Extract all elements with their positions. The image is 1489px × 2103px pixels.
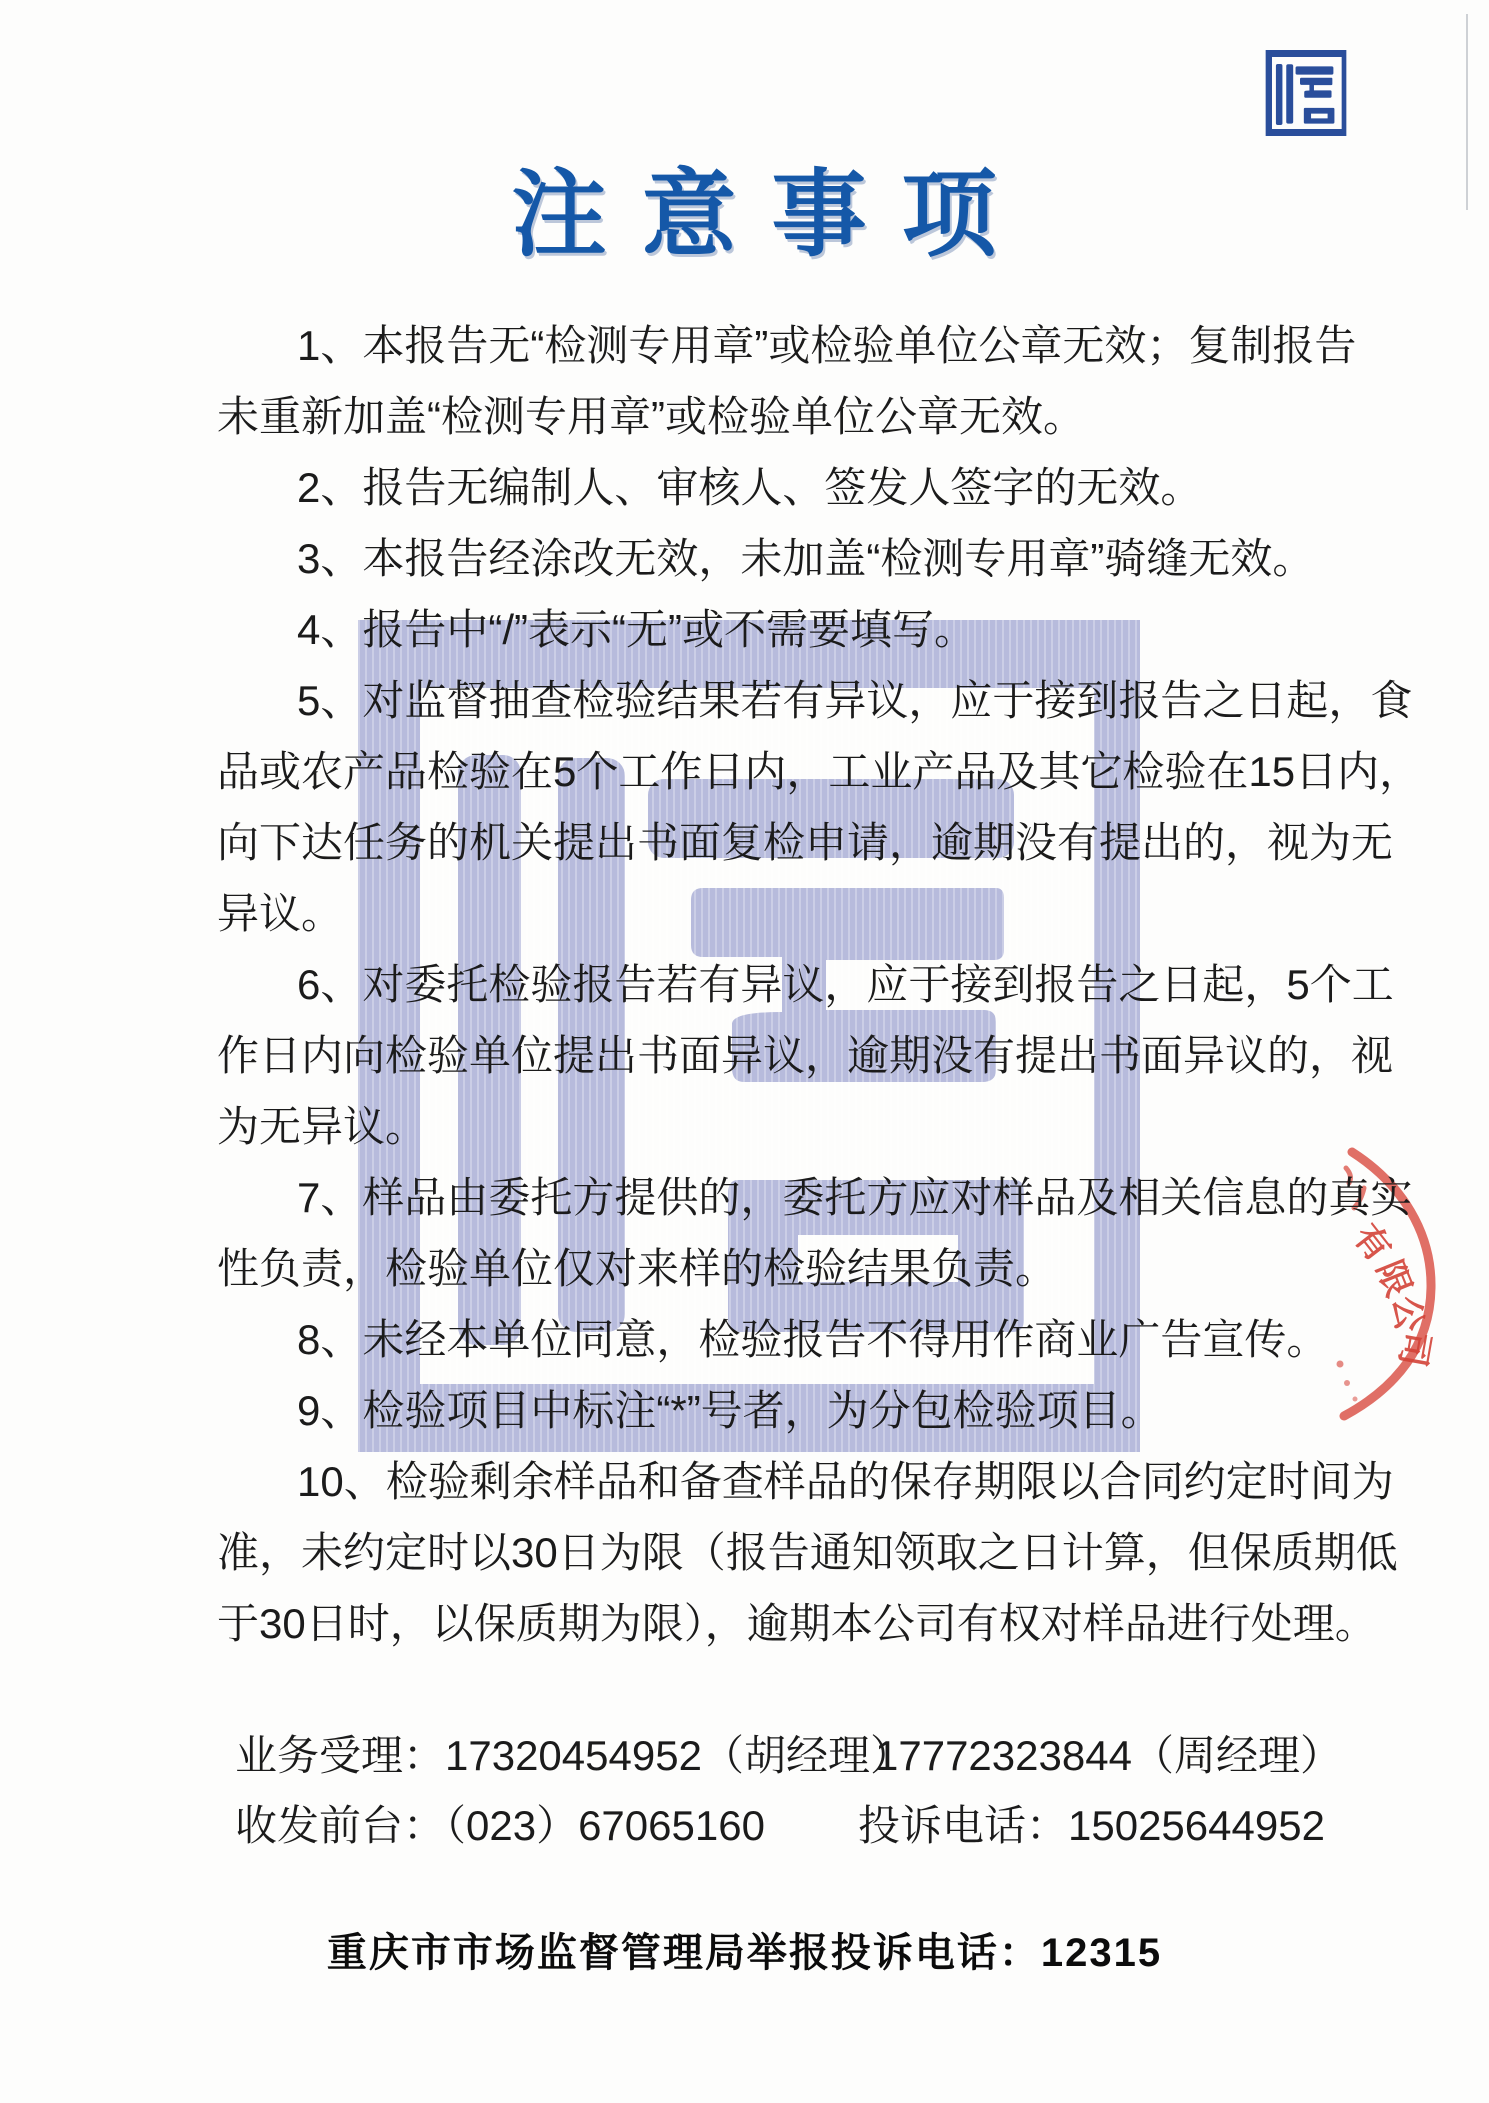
stamp-char: 公	[1386, 1294, 1428, 1333]
hotline-line: 重庆市市场监督管理局举报投诉电话：12315	[0, 1923, 1489, 1983]
note-line: 3、本报告经涂改无效，未加盖“检测专用章”骑缝无效。	[217, 523, 1322, 594]
note-line: 未重新加盖“检测专用章”或检验单位公章无效。	[217, 381, 1322, 452]
note-line: 5、对监督抽查检验结果若有异议，应于接到报告之日起，食	[217, 665, 1322, 736]
note-line: 向下达任务的机关提出书面复检申请，逾期没有提出的，视为无	[217, 807, 1322, 878]
business-phone: 业务受理：17320454952（胡经理）	[235, 1732, 912, 1779]
front-desk-phone: 收发前台：（023）67065160	[235, 1802, 765, 1849]
note-line: 9、检验项目中标注“*”号者，为分包检验项目。	[217, 1375, 1322, 1446]
contact-row: 业务受理：17320454952（胡经理） 17772323844（周经理）	[235, 1721, 1375, 1791]
stamp-dot	[1337, 1361, 1344, 1368]
note-line: 异议。	[217, 878, 1322, 949]
note-line: 品或农产品检验在5个工作日内，工业产品及其它检验在15日内，	[217, 736, 1322, 807]
note-line: 1、本报告无“检测专用章”或检验单位公章无效；复制报告	[217, 310, 1322, 381]
complaint-phone: 投诉电话：15025644952	[858, 1791, 1325, 1861]
note-line: 2、报告无编制人、审核人、签发人签字的无效。	[217, 452, 1322, 523]
note-line: 于30日时，以保质期为限），逾期本公司有权对样品进行处理。	[217, 1588, 1322, 1659]
stamp-char: 司	[1392, 1328, 1436, 1369]
page-title: 注意事项	[0, 168, 1489, 263]
note-line: 准，未约定时以30日为限（报告通知领取之日计算，但保质期低	[217, 1517, 1322, 1588]
note-line: 6、对委托检验报告若有异议，应于接到报告之日起，5个工	[217, 949, 1322, 1020]
note-line: 7、样品由委托方提供的，委托方应对样品及相关信息的真实	[217, 1162, 1322, 1233]
note-line: 4、报告中“/”表示“无”或不需要填写。	[217, 594, 1322, 665]
business-phone-2: 17772323844（周经理）	[875, 1721, 1342, 1791]
note-line: 10、检验剩余样品和备查样品的保存期限以合同约定时间为	[217, 1446, 1322, 1517]
page: 注意事项 1、本报告无“检测专用章”或检验单位公章无效；复制报告 未重新加盖“检…	[0, 0, 1489, 2103]
company-seal-logo-icon	[1265, 50, 1347, 136]
stamp-dot	[1344, 1380, 1350, 1386]
note-line: 作日内向检验单位提出书面异议，逾期没有提出书面异议的，视	[217, 1020, 1322, 1091]
scanned-report-notes-page: { "header": { "title": "注意事项", "logo_ico…	[0, 0, 1489, 2103]
notes-list: 1、本报告无“检测专用章”或检验单位公章无效；复制报告 未重新加盖“检测专用章”…	[217, 310, 1322, 1659]
note-line: 8、未经本单位同意，检验报告不得用作商业广告宣传。	[217, 1304, 1322, 1375]
contact-row: 收发前台：（023）67065160 投诉电话：15025644952	[235, 1791, 1375, 1861]
note-line: 性负责，检验单位仅对来样的检验结果负责。	[217, 1233, 1322, 1304]
stamp-dot	[1353, 1397, 1358, 1402]
contact-block: 业务受理：17320454952（胡经理） 17772323844（周经理） 收…	[235, 1721, 1375, 1861]
note-line: 为无异议。	[217, 1091, 1322, 1162]
